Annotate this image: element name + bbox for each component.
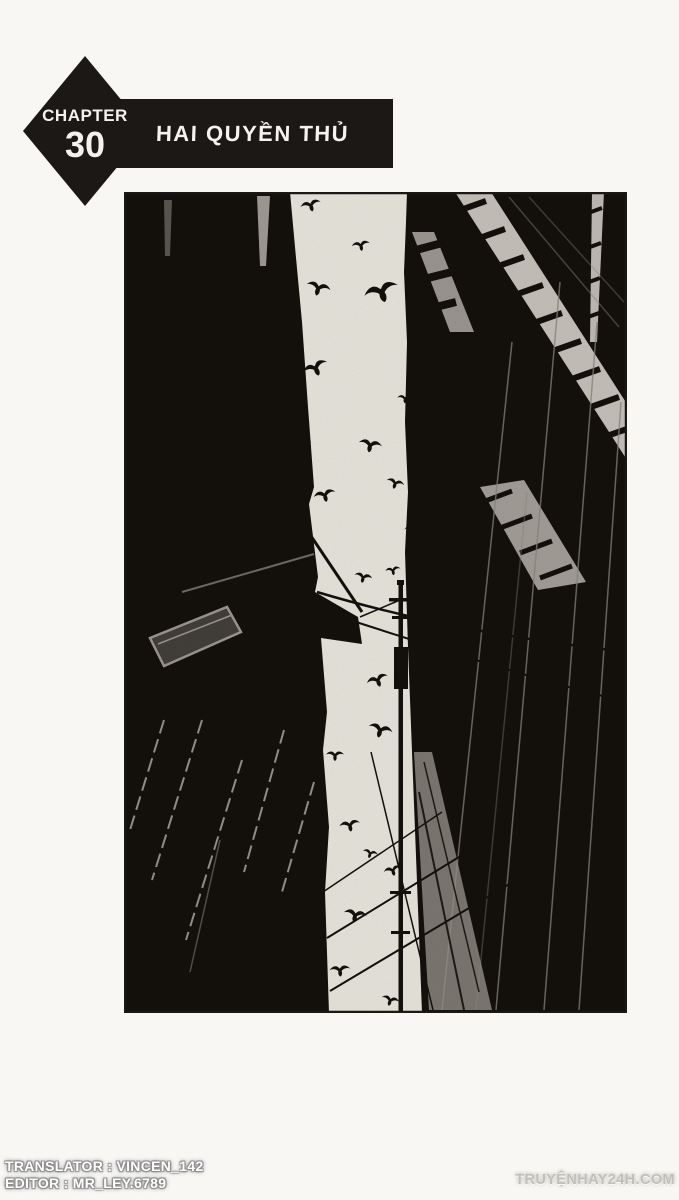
alley-artwork [124,192,627,1013]
translator-credit: TRANSLATOR : VINCEN_142 [5,1158,204,1175]
chapter-number-block: CHAPTER 30 [11,52,159,210]
manga-panel-image [124,192,627,1013]
chapter-label: CHAPTER [42,107,128,124]
chapter-title: HAI QUYỀN THỦ [156,121,350,147]
editor-credit: EDITOR : MR_LEY.6789 [5,1175,204,1192]
chapter-number: 30 [65,127,105,163]
manga-page: HAI QUYỀN THỦ CHAPTER 30 [0,0,679,1200]
site-watermark: TRUYỆNHAY24H.COM [515,1172,675,1188]
grain-overlay [124,192,627,1013]
credits: TRANSLATOR : VINCEN_142 EDITOR : MR_LEY.… [5,1158,204,1192]
